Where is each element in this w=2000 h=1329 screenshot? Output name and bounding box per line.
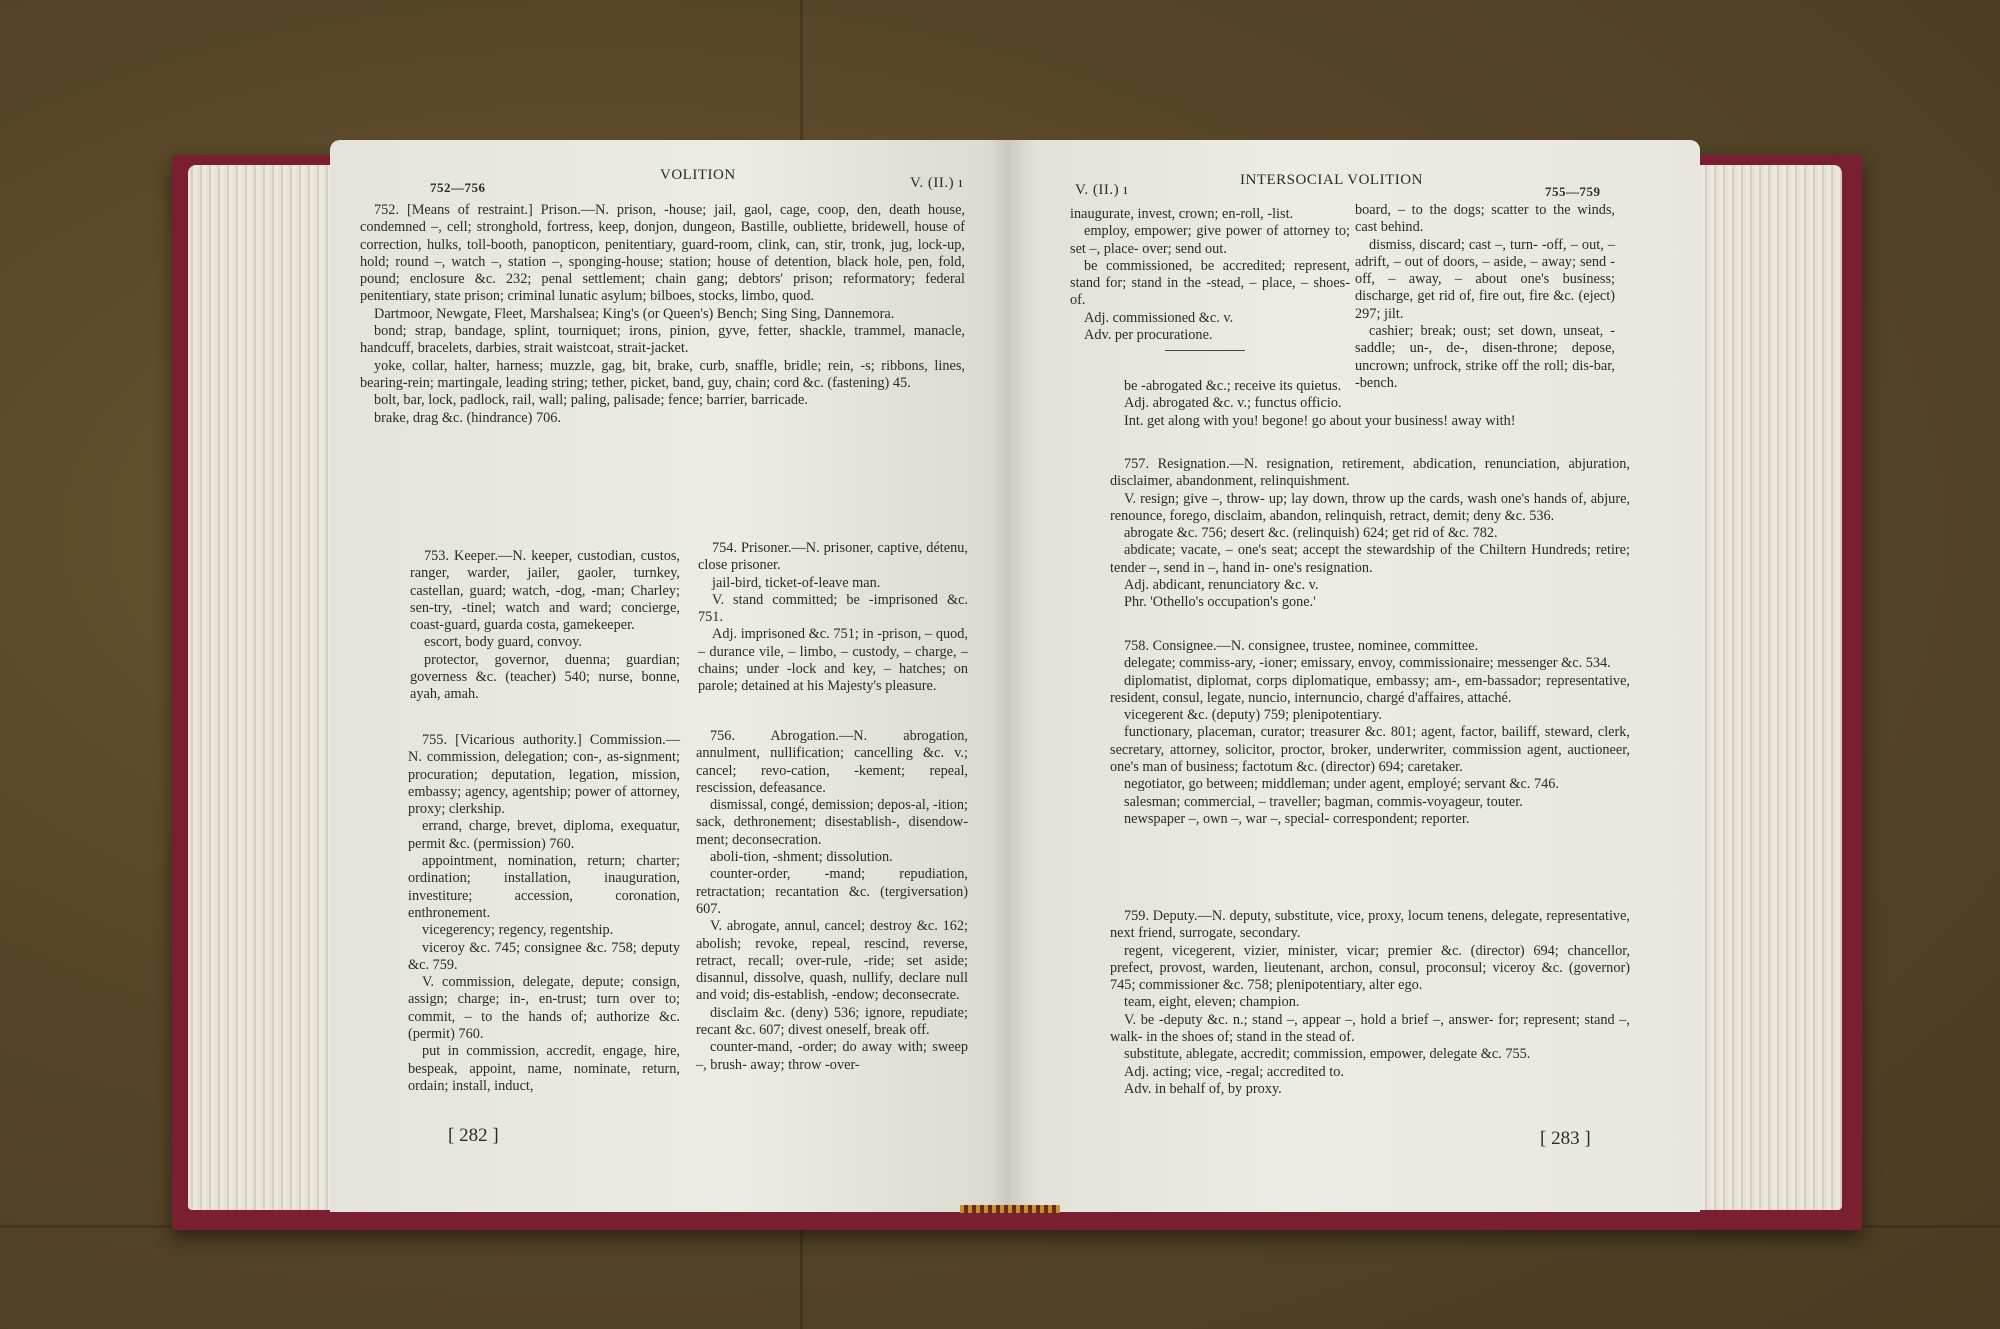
entry-paragraph: board, – to the dogs; scatter to the win… xyxy=(1355,202,1615,237)
entry-paragraph: be -abrogated &c.; receive its quietus. xyxy=(1110,378,1630,395)
entry-757: 757. Resignation.—N. resignation, retire… xyxy=(1110,456,1630,612)
entry-paragraph: viceroy &c. 745; consignee &c. 758; depu… xyxy=(408,940,680,975)
entry-paragraph: V. be -deputy &c. n.; stand –, appear –,… xyxy=(1110,1012,1630,1047)
entry-paragraph: V. stand committed; be -imprisoned &c. 7… xyxy=(698,592,968,627)
page-range: 752—756 xyxy=(430,180,486,196)
entry-paragraph: 754. Prisoner.—N. prisoner, captive, dét… xyxy=(698,540,968,575)
entry-paragraph: errand, charge, brevet, diploma, exequat… xyxy=(408,818,680,853)
entry-paragraph: vicegerent &c. (deputy) 759; plenipotent… xyxy=(1110,707,1630,724)
entry-paragraph: yoke, collar, halter, harness; muzzle, g… xyxy=(360,358,965,393)
entry-paragraph: brake, drag &c. (hindrance) 706. xyxy=(360,410,965,427)
running-title: INTERSOCIAL VOLITION xyxy=(1240,172,1423,189)
entry-paragraph: Adj. acting; vice, -regal; accredited to… xyxy=(1110,1064,1630,1081)
entry-755: 755. [Vicarious authority.] Commission.—… xyxy=(408,732,680,1095)
entry-paragraph: delegate; commiss-ary, -ioner; emissary,… xyxy=(1110,655,1630,672)
entry-759: 759. Deputy.—N. deputy, substitute, vice… xyxy=(1110,908,1630,1098)
entry-paragraph: 758. Consignee.—N. consignee, trustee, n… xyxy=(1110,638,1630,655)
entry-paragraph: aboli-tion, -shment; dissolution. xyxy=(696,849,968,866)
entry-paragraph: 755. [Vicarious authority.] Commission.—… xyxy=(408,732,680,818)
entry-paragraph: Adv. per procuratione. xyxy=(1070,327,1350,344)
page-number: [ 283 ] xyxy=(1540,1128,1591,1150)
entry-paragraph: diplomatist, diplomat, corps diplomatiqu… xyxy=(1110,673,1630,708)
entry-paragraph: 759. Deputy.—N. deputy, substitute, vice… xyxy=(1110,908,1630,943)
entry-paragraph: appointment, nomination, return; charter… xyxy=(408,853,680,922)
entry-753: 753. Keeper.—N. keeper, custodian, custo… xyxy=(410,548,680,704)
entry-paragraph: bond; strap, bandage, splint, tourniquet… xyxy=(360,323,965,358)
entry-755-continued: inaugurate, invest, crown; en-roll, -lis… xyxy=(1070,206,1350,344)
entry-paragraph: 757. Resignation.—N. resignation, retire… xyxy=(1110,456,1630,491)
entry-paragraph: counter-mand, -order; do away with; swee… xyxy=(696,1039,968,1074)
entry-paragraph: put in commission, accredit, engage, hir… xyxy=(408,1043,680,1095)
entry-paragraph: V. commission, delegate, depute; consign… xyxy=(408,974,680,1043)
entry-756-continued-full: be -abrogated &c.; receive its quietus. … xyxy=(1110,378,1630,430)
entry-752: 752. [Means of restraint.] Prison.—N. pr… xyxy=(360,202,965,427)
running-title: VOLITION xyxy=(660,167,736,184)
entry-paragraph: dismissal, congé, demission; depos-al, -… xyxy=(696,797,968,849)
entry-paragraph: 752. [Means of restraint.] Prison.—N. pr… xyxy=(360,202,965,306)
entry-paragraph: Adj. imprisoned &c. 751; in -prison, – q… xyxy=(698,626,968,695)
entry-paragraph: regent, vicegerent, vizier, minister, vi… xyxy=(1110,943,1630,995)
entry-paragraph: 753. Keeper.—N. keeper, custodian, custo… xyxy=(410,548,680,634)
section-mark: V. (II.) ı xyxy=(910,175,963,192)
entry-paragraph: 756. Abrogation.—N. abrogation, annulmen… xyxy=(696,728,968,797)
page-number: [ 282 ] xyxy=(448,1125,499,1147)
entry-paragraph: escort, body guard, convoy. xyxy=(410,634,680,651)
entry-paragraph: disclaim &c. (deny) 536; ignore, repudia… xyxy=(696,1005,968,1040)
entry-paragraph: vicegerency; regency, regentship. xyxy=(408,922,680,939)
entry-paragraph: functionary, placeman, curator; treasure… xyxy=(1110,724,1630,776)
entry-paragraph: employ, empower; give power of attorney … xyxy=(1070,223,1350,258)
entry-paragraph: V. abrogate, annul, cancel; destroy &c. … xyxy=(696,918,968,1004)
entry-paragraph: counter-order, -mand; repudiation, retra… xyxy=(696,866,968,918)
entry-paragraph: Phr. 'Othello's occupation's gone.' xyxy=(1110,594,1630,611)
entry-paragraph: Int. get along with you! begone! go abou… xyxy=(1110,413,1630,430)
entry-758: 758. Consignee.—N. consignee, trustee, n… xyxy=(1110,638,1630,828)
page-edges-right xyxy=(1692,165,1842,1210)
entry-paragraph: protector, governor, duenna; guardian; g… xyxy=(410,652,680,704)
entry-paragraph: Adj. commissioned &c. v. xyxy=(1070,310,1350,327)
book-headband xyxy=(960,1205,1060,1213)
entry-paragraph: Adj. abrogated &c. v.; functus officio. xyxy=(1110,395,1630,412)
entry-paragraph: negotiator, go between; middleman; under… xyxy=(1110,776,1630,793)
entry-paragraph: inaugurate, invest, crown; en-roll, -lis… xyxy=(1070,206,1350,223)
entry-paragraph: jail-bird, ticket-of-leave man. xyxy=(698,575,968,592)
entry-paragraph: Adj. abdicant, renunciatory &c. v. xyxy=(1110,577,1630,594)
section-divider xyxy=(1165,350,1245,351)
entry-paragraph: Adv. in behalf of, by proxy. xyxy=(1110,1081,1630,1098)
right-page: V. (II.) ı INTERSOCIAL VOLITION 755—759 … xyxy=(1010,140,1700,1212)
entry-paragraph: team, eight, eleven; champion. xyxy=(1110,994,1630,1011)
entry-754: 754. Prisoner.—N. prisoner, captive, dét… xyxy=(698,540,968,696)
entry-paragraph: Dartmoor, Newgate, Fleet, Marshalsea; Ki… xyxy=(360,306,965,323)
entry-756-continued: board, – to the dogs; scatter to the win… xyxy=(1355,202,1615,392)
page-range: 755—759 xyxy=(1545,184,1601,200)
entry-paragraph: abdicate; vacate, – one's seat; accept t… xyxy=(1110,542,1630,577)
left-page: 752—756 VOLITION V. (II.) ı 752. [Means … xyxy=(330,140,1010,1212)
section-mark: V. (II.) ı xyxy=(1075,182,1128,199)
entry-paragraph: bolt, bar, lock, padlock, rail, wall; pa… xyxy=(360,392,965,409)
entry-756: 756. Abrogation.—N. abrogation, annulmen… xyxy=(696,728,968,1074)
entry-paragraph: abrogate &c. 756; desert &c. (relinquish… xyxy=(1110,525,1630,542)
entry-paragraph: salesman; commercial, – traveller; bagma… xyxy=(1110,794,1630,811)
entry-paragraph: V. resign; give –, throw- up; lay down, … xyxy=(1110,491,1630,526)
entry-paragraph: be commissioned, be accredited; represen… xyxy=(1070,258,1350,310)
entry-paragraph: substitute, ablegate, accredit; commissi… xyxy=(1110,1046,1630,1063)
page-edges-left xyxy=(188,165,338,1210)
entry-paragraph: newspaper –, own –, war –, special- corr… xyxy=(1110,811,1630,828)
entry-paragraph: dismiss, discard; cast –, turn- -off, – … xyxy=(1355,237,1615,323)
